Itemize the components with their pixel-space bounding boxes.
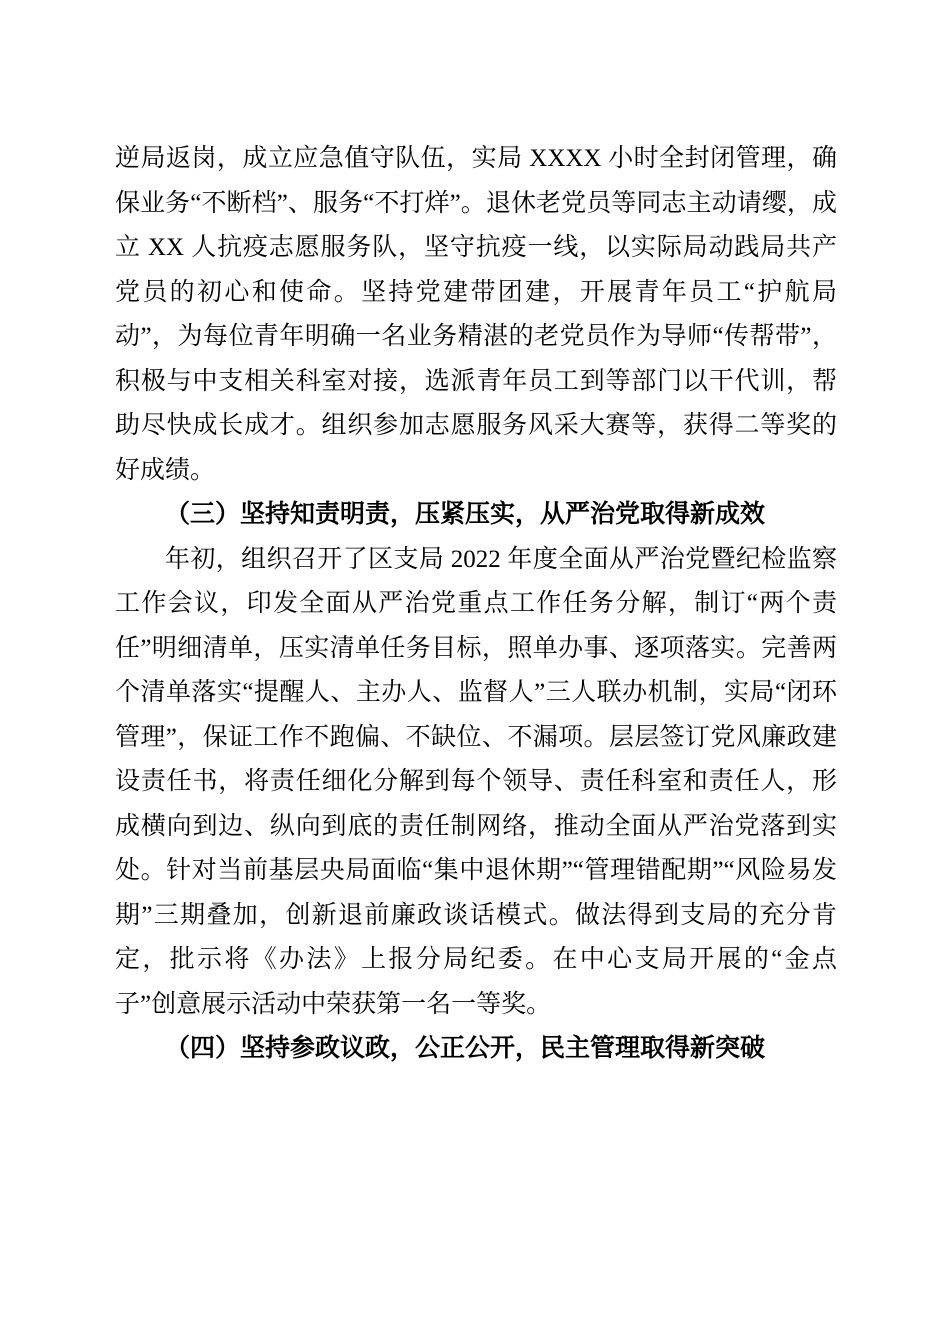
document-content: 逆局返岗，成立应急值守队伍，实局 XXXX 小时全封闭管理，确保业务“不断档”、… <box>115 137 837 1072</box>
section-heading-four: （四）坚持参政议政，公正公开，民主管理取得新突破 <box>115 1027 837 1072</box>
body-paragraph-continuation: 逆局返岗，成立应急值守队伍，实局 XXXX 小时全封闭管理，确保业务“不断档”、… <box>115 137 837 493</box>
body-paragraph: 年初，组织召开了区支局 2022 年度全面从严治党暨纪检监察工作会议，印发全面从… <box>115 538 837 1028</box>
section-heading-three: （三）坚持知责明责，压紧压实，从严治党取得新成效 <box>115 493 837 538</box>
document-page: 逆局返岗，成立应急值守队伍，实局 XXXX 小时全封闭管理，确保业务“不断档”、… <box>0 0 950 1344</box>
